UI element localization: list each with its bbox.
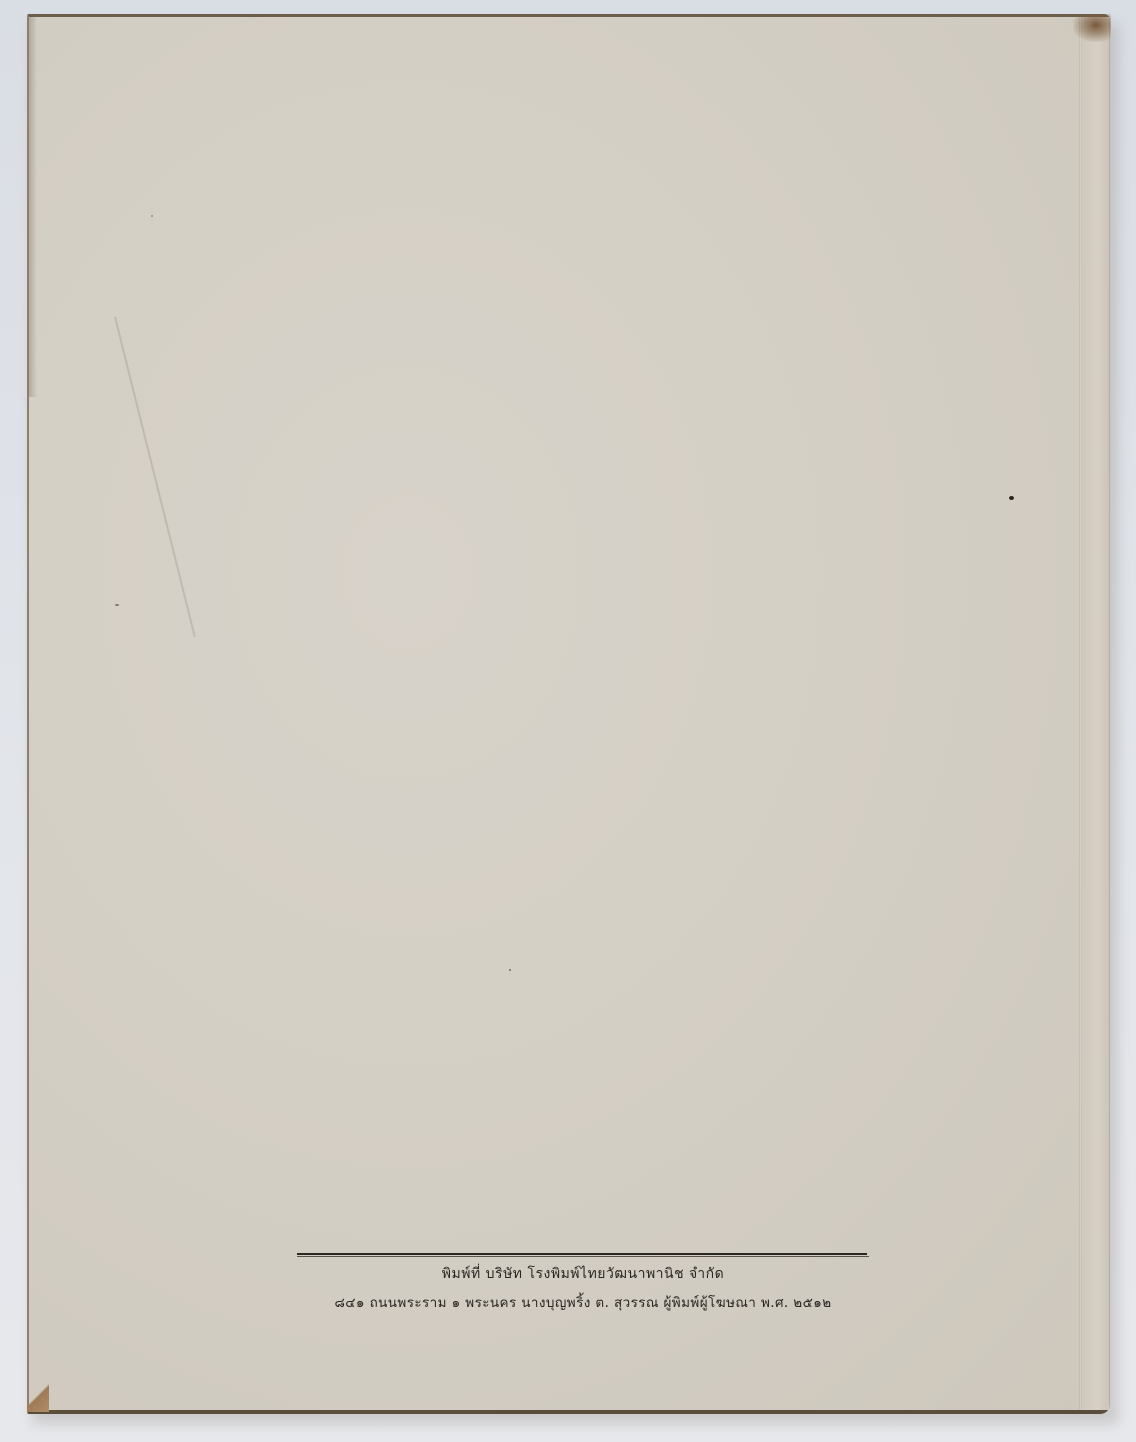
spine-strip (1082, 17, 1109, 1410)
ink-speck (1009, 496, 1014, 500)
bottom-left-corner-wear (27, 1382, 49, 1412)
printer-imprint: พิมพ์ที่ บริษัท โรงพิมพ์ไทยวัฒนาพานิช จำ… (297, 1253, 869, 1313)
left-edge-wear (29, 17, 37, 397)
imprint-rule-thin (297, 1256, 869, 1257)
book-back-cover: พิมพ์ที่ บริษัท โรงพิมพ์ไทยวัฒนาพานิช จำ… (27, 14, 1110, 1414)
imprint-printer-line: พิมพ์ที่ บริษัท โรงพิมพ์ไทยวัฒนาพานิช จำ… (297, 1263, 869, 1285)
top-right-corner-wear (1073, 14, 1111, 42)
imprint-rule-thick (297, 1253, 867, 1255)
ink-speck (509, 969, 511, 971)
imprint-address-line: ๘๔๑ ถนนพระราม ๑ พระนคร นางบุญพริ้ง ต. สุ… (297, 1291, 869, 1313)
paper-crease (114, 317, 196, 638)
ink-speck (151, 215, 153, 217)
ink-speck (115, 604, 119, 606)
spine-fold-line (1079, 17, 1082, 1410)
